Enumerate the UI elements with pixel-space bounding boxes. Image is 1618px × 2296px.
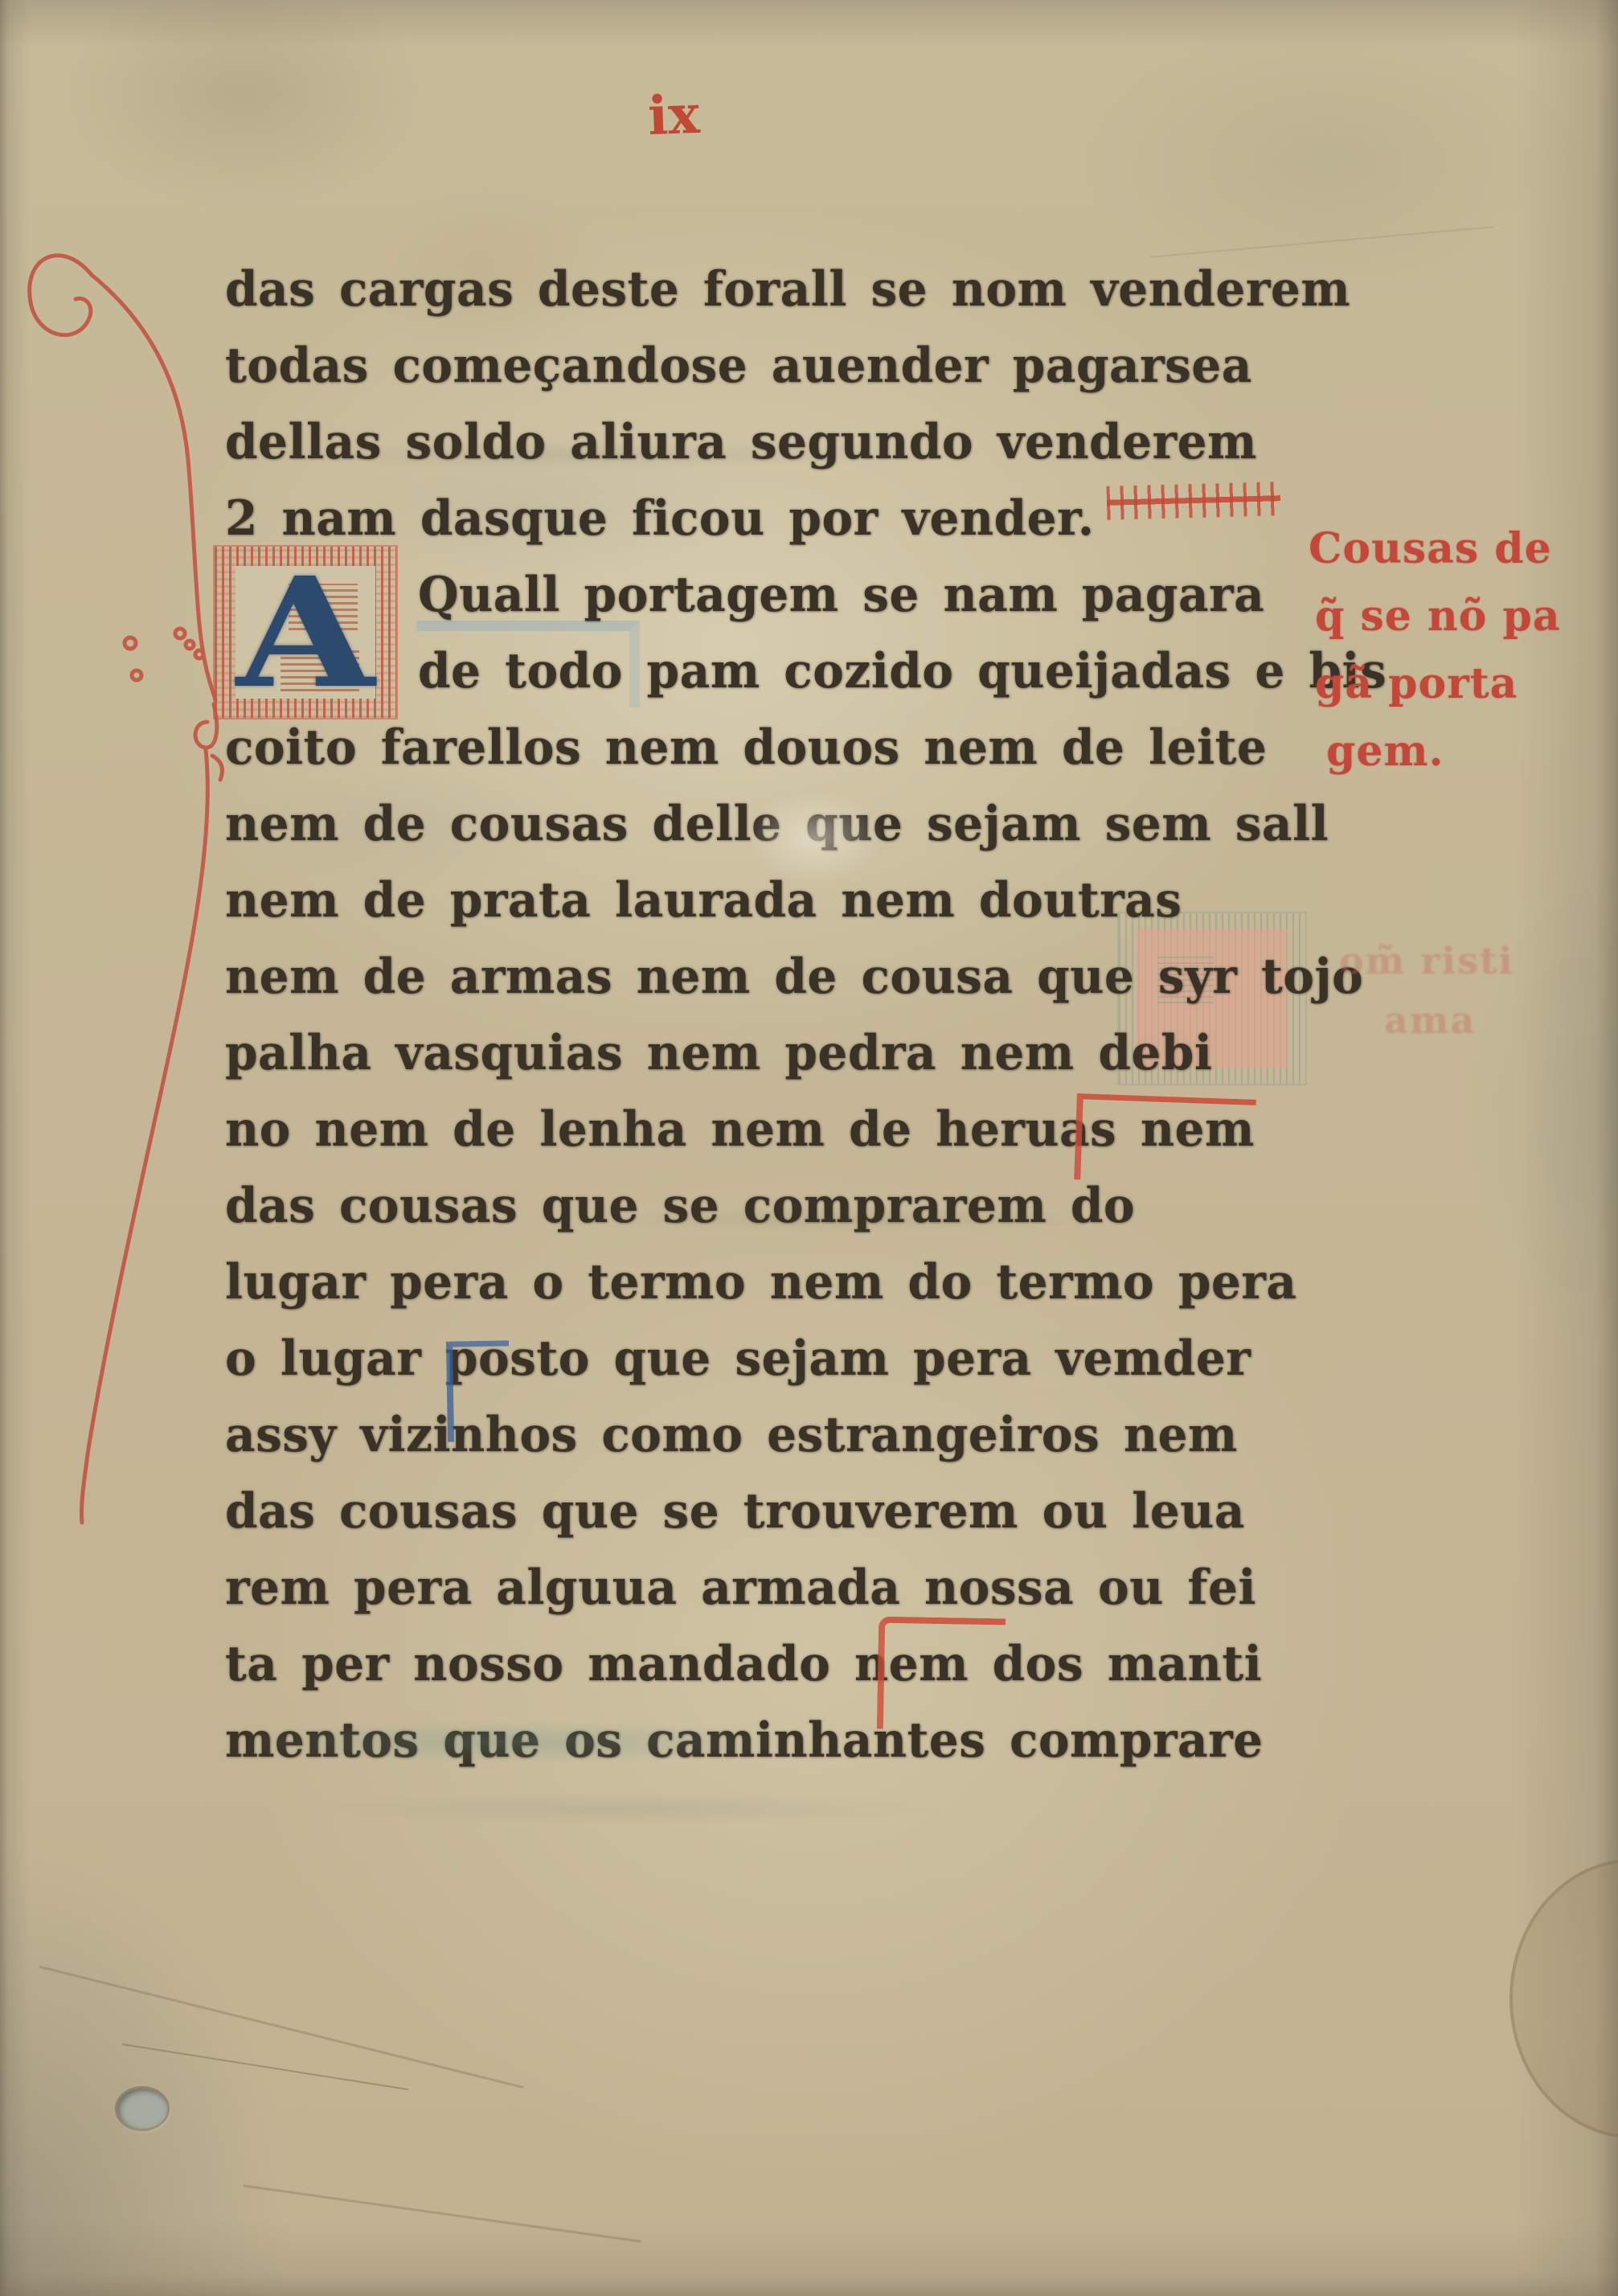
- text-line-14: lugar pera o termo nem do termo pera: [225, 1253, 1318, 1310]
- text-line-3: dellas soldo aliura segundo venderem: [225, 413, 1318, 470]
- text-line-10: nem de armas nem de cousa que syr tojo: [225, 948, 1318, 1005]
- illuminated-initial-field: A: [236, 566, 375, 699]
- text-line-18: rem pera alguua armada nossa ou fei: [225, 1559, 1318, 1616]
- marginal-rubric-line-4: gem.: [1326, 727, 1444, 776]
- abrasion-patch: [748, 792, 884, 884]
- ring-stain: [1509, 1859, 1618, 2138]
- crease-line: [243, 2184, 641, 2243]
- marginal-rubric-line-3: gã porta: [1315, 659, 1518, 708]
- text-line-15: o lugar posto que sejam pera vemder: [225, 1330, 1318, 1387]
- parchment-hole: [117, 2089, 167, 2129]
- text-line-2: todas começandose auender pagarsea: [225, 337, 1318, 394]
- initial-letter-a: A: [223, 566, 387, 699]
- rubric-line-filler: [1106, 482, 1280, 520]
- marginal-rubric-line-1: Cousas de: [1309, 524, 1552, 573]
- folio-number: ix: [647, 83, 701, 147]
- text-line-12: no nem de lenha nem de heruas nem: [225, 1101, 1318, 1158]
- faded-marginal-note-line-1: om̃ risti: [1339, 939, 1514, 982]
- text-line-1: das cargas deste forall se nom venderem: [225, 260, 1318, 318]
- text-line-16: assy vizinhos como estrangeiros nem: [225, 1406, 1318, 1463]
- marginal-rubric-line-2: q̃ se nõ pa: [1315, 592, 1561, 641]
- faded-marginal-note-line-2: ama: [1384, 998, 1476, 1042]
- green-smudge: [217, 1720, 812, 1764]
- manuscript-page: ix das cargas deste forall se nom vender…: [0, 0, 1618, 2296]
- text-line-11: palha vasquias nem pedra nem debi: [225, 1024, 1318, 1081]
- text-line-19: ta per nosso mandado nem dos manti: [225, 1635, 1318, 1692]
- crease-line: [122, 2044, 408, 2090]
- penwork-flourish: [11, 225, 260, 1560]
- text-line-17: das cousas que se trouverem ou leua: [225, 1482, 1318, 1540]
- text-line-13: das cousas que se comprarem do: [225, 1177, 1318, 1234]
- bleedthrough-smudge: [289, 1793, 948, 1825]
- crease-line: [1150, 226, 1495, 257]
- illuminated-initial: A: [215, 547, 396, 718]
- text-line-7: coito farellos nem douos nem de leite: [225, 719, 1318, 776]
